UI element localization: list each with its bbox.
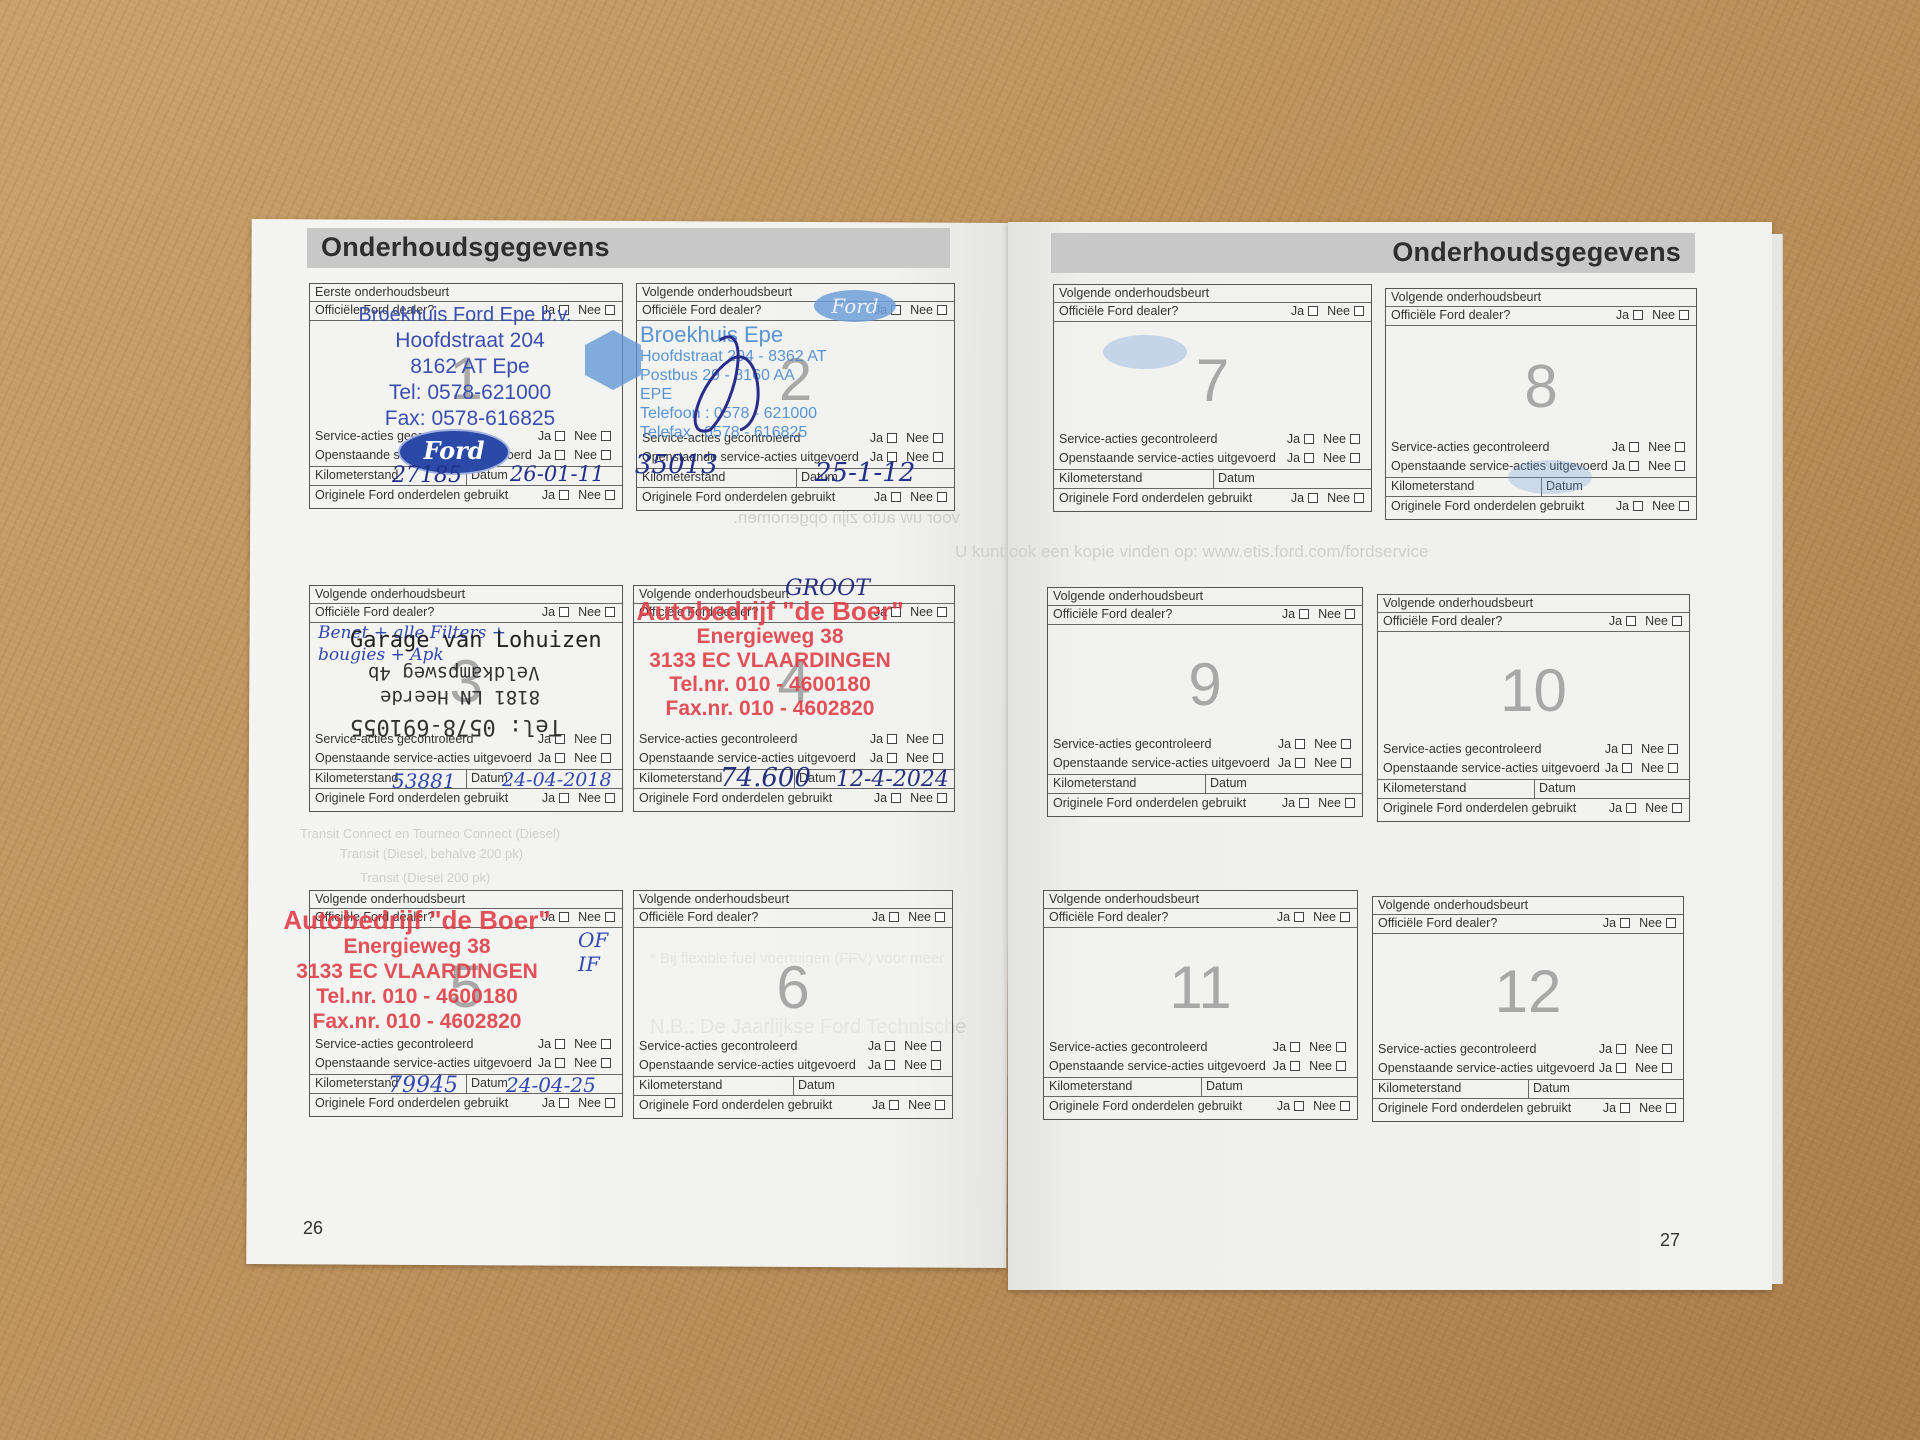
mileage-value: 74.600: [720, 763, 811, 793]
official-dealer-yes-checkbox[interactable]: [1294, 912, 1304, 922]
original-parts-no-checkbox[interactable]: [937, 492, 947, 502]
open-actions-yes-no: Ja Nee: [1599, 1060, 1674, 1076]
original-parts-yes-no: Ja Nee: [1609, 800, 1684, 817]
official-dealer-no-checkbox[interactable]: [1666, 918, 1676, 928]
service-box-12: Volgende onderhoudsbeurt Officiële Ford …: [1372, 896, 1684, 1122]
open-actions-no-checkbox[interactable]: [933, 452, 943, 462]
service-actions-row: Service-acties gecontroleerd Ja Nee: [1049, 1039, 1353, 1055]
open-actions-row: Openstaande service-acties uitgevoerd Ja…: [315, 750, 618, 766]
date-value: 12-4-2024: [836, 767, 949, 792]
date-label: Datum: [1210, 775, 1247, 792]
original-parts-yes-checkbox[interactable]: [1620, 1103, 1630, 1113]
original-parts-no-checkbox[interactable]: [605, 793, 615, 803]
date-label: Datum: [471, 1075, 508, 1092]
original-parts-row: Originele Ford onderdelen gebruikt Ja Ne…: [634, 790, 954, 810]
service-actions-yes-checkbox[interactable]: [555, 431, 565, 441]
service-box-7: Volgende onderhoudsbeurt Officiële Ford …: [1053, 284, 1372, 512]
open-actions-row: Openstaande service-acties uitgevoerd Ja…: [639, 1057, 948, 1073]
service-actions-no-checkbox[interactable]: [1662, 1044, 1672, 1054]
date-value: 24-04-2018: [502, 769, 612, 791]
mileage-value: 35013: [635, 450, 718, 480]
signature-scribble: [680, 320, 800, 440]
open-actions-no-checkbox[interactable]: [933, 753, 943, 763]
original-parts-no-checkbox[interactable]: [1354, 493, 1364, 503]
official-dealer-row: Officiële Ford dealer? Ja Nee: [637, 302, 954, 321]
original-parts-yes-checkbox[interactable]: [1294, 1101, 1304, 1111]
service-type-row: Volgende onderhoudsbeurt: [1373, 897, 1683, 915]
service-box-number: 12: [1373, 957, 1683, 1026]
official-dealer-row: Officiële Ford dealer? Ja Nee: [1386, 307, 1696, 326]
open-actions-no-checkbox[interactable]: [1675, 461, 1685, 471]
service-actions-no-checkbox[interactable]: [931, 1041, 941, 1051]
original-parts-yes-checkbox[interactable]: [559, 1098, 569, 1108]
date-value: 25-1-12: [815, 458, 915, 488]
original-parts-row: Originele Ford onderdelen gebruikt Ja Ne…: [1054, 490, 1371, 510]
original-parts-row: Originele Ford onderdelen gebruikt Ja Ne…: [1378, 800, 1689, 820]
right-page-title: Onderhoudsgegevens: [1392, 237, 1681, 268]
official-dealer-no-checkbox[interactable]: [605, 305, 615, 315]
open-actions-yes-checkbox[interactable]: [555, 753, 565, 763]
official-dealer-no-checkbox[interactable]: [605, 912, 615, 922]
page-stack-edge: [1772, 234, 1783, 1284]
service-box-number: 11: [1044, 953, 1357, 1022]
service-actions-yes-checkbox[interactable]: [1290, 1042, 1300, 1052]
open-actions-no-checkbox[interactable]: [1341, 758, 1351, 768]
open-actions-yes-no: Ja Nee: [538, 750, 613, 766]
official-dealer-yes-checkbox[interactable]: [1633, 310, 1643, 320]
open-actions-no-checkbox[interactable]: [601, 450, 611, 460]
original-parts-yes-no: Ja Nee: [872, 1097, 947, 1114]
service-actions-yes-no: Ja Nee: [870, 430, 945, 446]
original-parts-yes-no: Ja Nee: [1616, 498, 1691, 515]
page-number-right: 27: [1660, 1230, 1680, 1251]
official-dealer-yes-checkbox[interactable]: [1308, 306, 1318, 316]
service-actions-row: Service-acties gecontroleerd Ja Nee: [1378, 1041, 1679, 1057]
service-actions-no-checkbox[interactable]: [601, 431, 611, 441]
service-actions-row: Service-acties gecontroleerd Ja Nee: [1391, 439, 1692, 455]
date-value: 24-04-25: [506, 1073, 596, 1097]
open-actions-yes-no: Ja Nee: [1287, 450, 1362, 466]
open-actions-no-checkbox[interactable]: [601, 1058, 611, 1068]
official-dealer-yes-checkbox[interactable]: [1299, 609, 1309, 619]
original-parts-yes-checkbox[interactable]: [559, 490, 569, 500]
original-parts-row: Originele Ford onderdelen gebruikt Ja Ne…: [1373, 1100, 1683, 1120]
bleed-through-text: Transit (Diesel 200 pk): [360, 870, 490, 885]
service-type-row: Volgende onderhoudsbeurt: [634, 891, 952, 909]
service-box-9: Volgende onderhoudsbeurt Officiële Ford …: [1047, 587, 1363, 817]
date-label: Datum: [1539, 780, 1576, 797]
bleed-through-text: Transit (Diesel, behalve 200 pk): [340, 846, 523, 861]
original-parts-yes-checkbox[interactable]: [1626, 803, 1636, 813]
service-type-row: Volgende onderhoudsbeurt: [637, 284, 954, 302]
original-parts-yes-checkbox[interactable]: [1299, 798, 1309, 808]
official-dealer-yes-checkbox[interactable]: [889, 912, 899, 922]
original-parts-no-checkbox[interactable]: [605, 1098, 615, 1108]
dealer-stamp-de-boer: Autobedrijf "de Boer"Energieweg 383133 E…: [605, 597, 935, 721]
service-box-6: Volgende onderhoudsbeurt Officiële Ford …: [633, 890, 953, 1119]
open-actions-yes-checkbox[interactable]: [1290, 1061, 1300, 1071]
service-actions-yes-checkbox[interactable]: [1616, 1044, 1626, 1054]
official-dealer-row: Officiële Ford dealer? Ja Nee: [1373, 915, 1683, 934]
original-parts-no-checkbox[interactable]: [1666, 1103, 1676, 1113]
original-parts-row: Originele Ford onderdelen gebruikt Ja Ne…: [1044, 1098, 1357, 1118]
official-dealer-row: Officiële Ford dealer? Ja Nee: [634, 909, 952, 928]
service-actions-row: Service-acties gecontroleerd Ja Nee: [1053, 736, 1358, 752]
open-actions-yes-no: Ja Nee: [1612, 458, 1687, 474]
original-parts-no-checkbox[interactable]: [1345, 798, 1355, 808]
open-actions-row: Openstaande service-acties uitgevoerd Ja…: [1378, 1060, 1679, 1076]
open-actions-row: Openstaande service-acties uitgevoerd Ja…: [1059, 450, 1367, 466]
open-actions-yes-no: Ja Nee: [1278, 755, 1353, 771]
original-parts-yes-no: Ja Nee: [542, 1095, 617, 1112]
original-parts-yes-no: Ja Nee: [874, 790, 949, 807]
service-actions-row: Service-acties gecontroleerd Ja Nee: [639, 731, 950, 747]
service-actions-yes-no: Ja Nee: [1599, 1041, 1674, 1057]
left-header-bar: Onderhoudsgegevens: [307, 228, 950, 268]
original-parts-yes-no: Ja Nee: [1603, 1100, 1678, 1117]
original-parts-yes-no: Ja Nee: [1277, 1098, 1352, 1115]
handwritten-note: OF IF: [578, 928, 618, 976]
service-type-row: Volgende onderhoudsbeurt: [310, 586, 622, 604]
official-dealer-row: Officiële Ford dealer? Ja Nee: [1054, 303, 1371, 322]
open-actions-yes-checkbox[interactable]: [1622, 763, 1632, 773]
original-parts-yes-checkbox[interactable]: [1308, 493, 1318, 503]
dealer-stamp-de-boer: Autobedrijf "de Boer"Energieweg 383133 E…: [252, 906, 582, 1034]
official-dealer-yes-no: Ja Nee: [1282, 606, 1357, 623]
stamp-mirror-line: Tel: 0578-691055: [350, 714, 562, 739]
service-actions-yes-checkbox[interactable]: [1629, 442, 1639, 452]
open-actions-yes-checkbox[interactable]: [555, 1058, 565, 1068]
open-actions-yes-no: Ja Nee: [1273, 1058, 1348, 1074]
service-box-number: 9: [1048, 650, 1362, 719]
open-actions-yes-no: Ja Nee: [870, 750, 945, 766]
service-actions-yes-no: Ja Nee: [868, 1038, 943, 1054]
right-header-bar: Onderhoudsgegevens: [1051, 233, 1695, 273]
service-actions-yes-no: Ja Nee: [538, 1036, 613, 1052]
service-actions-no-checkbox[interactable]: [601, 1039, 611, 1049]
open-actions-yes-checkbox[interactable]: [1295, 758, 1305, 768]
bleed-through-text: U kunt ook een kopie vinden op: www.etis…: [955, 542, 1428, 562]
service-actions-row: Service-acties gecontroleerd Ja Nee: [1059, 431, 1367, 447]
original-parts-row: Originele Ford onderdelen gebruikt Ja Ne…: [1386, 498, 1696, 518]
mileage-date-row: Kilometerstand Datum: [1054, 469, 1371, 489]
original-parts-yes-checkbox[interactable]: [1633, 501, 1643, 511]
service-actions-no-checkbox[interactable]: [601, 734, 611, 744]
service-actions-yes-checkbox[interactable]: [887, 734, 897, 744]
bleed-through-text: voor uw auto zijn opgenomen.: [733, 508, 960, 528]
original-parts-no-checkbox[interactable]: [605, 490, 615, 500]
original-parts-yes-no: Ja Nee: [542, 790, 617, 807]
open-actions-yes-no: Ja Nee: [538, 447, 613, 463]
open-actions-yes-no: Ja Nee: [538, 1055, 613, 1071]
mileage-date-row: Kilometerstand Datum: [1378, 779, 1689, 799]
service-box-number: 6: [634, 953, 952, 1022]
original-parts-no-checkbox[interactable]: [937, 793, 947, 803]
mileage-date-row: Kilometerstand Datum: [1373, 1079, 1683, 1099]
official-dealer-yes-no: Ja Nee: [872, 909, 947, 926]
service-actions-yes-no: Ja Nee: [1278, 736, 1353, 752]
official-dealer-row: Officiële Ford dealer? Ja Nee: [310, 604, 622, 623]
open-actions-no-checkbox[interactable]: [931, 1060, 941, 1070]
official-dealer-yes-no: Ja Nee: [1609, 613, 1684, 630]
official-dealer-row: Officiële Ford dealer? Ja Nee: [1044, 909, 1357, 928]
open-actions-yes-checkbox[interactable]: [1304, 453, 1314, 463]
service-actions-yes-checkbox[interactable]: [1622, 744, 1632, 754]
original-parts-yes-no: Ja Nee: [874, 489, 949, 506]
service-actions-yes-checkbox[interactable]: [887, 433, 897, 443]
open-actions-row: Openstaande service-acties uitgevoerd Ja…: [1049, 1058, 1353, 1074]
official-dealer-no-checkbox[interactable]: [937, 607, 947, 617]
service-actions-yes-no: Ja Nee: [1612, 439, 1687, 455]
service-actions-no-checkbox[interactable]: [933, 734, 943, 744]
original-parts-yes-no: Ja Nee: [542, 487, 617, 504]
service-actions-row: Service-acties gecontroleerd Ja Nee: [1383, 741, 1685, 757]
original-parts-no-checkbox[interactable]: [1679, 501, 1689, 511]
open-actions-yes-no: Ja Nee: [868, 1057, 943, 1073]
official-dealer-yes-no: Ja Nee: [1291, 303, 1366, 320]
date-label: Datum: [1206, 1078, 1243, 1095]
official-dealer-no-checkbox[interactable]: [1340, 912, 1350, 922]
open-actions-yes-checkbox[interactable]: [1629, 461, 1639, 471]
service-actions-no-checkbox[interactable]: [933, 433, 943, 443]
service-actions-no-checkbox[interactable]: [1341, 739, 1351, 749]
stamp-mirror-line: 8181 LN Heerde: [380, 686, 540, 708]
date-label: Datum: [1533, 1080, 1570, 1097]
service-box-number: 7: [1054, 346, 1371, 415]
service-actions-yes-checkbox[interactable]: [885, 1041, 895, 1051]
service-type-row: Volgende onderhoudsbeurt: [1054, 285, 1371, 303]
official-dealer-yes-no: Ja Nee: [1603, 915, 1678, 932]
official-dealer-row: Officiële Ford dealer? Ja Nee: [1048, 606, 1362, 625]
original-parts-yes-checkbox[interactable]: [889, 1100, 899, 1110]
service-type-row: Volgende onderhoudsbeurt: [1378, 595, 1689, 613]
original-parts-yes-checkbox[interactable]: [559, 793, 569, 803]
service-box-number: 10: [1378, 656, 1689, 725]
official-dealer-yes-no: Ja Nee: [1616, 307, 1691, 324]
date-label: Datum: [1218, 470, 1255, 487]
service-actions-yes-checkbox[interactable]: [1295, 739, 1305, 749]
original-parts-row: Originele Ford onderdelen gebruikt Ja Ne…: [1048, 795, 1362, 815]
mileage-value: 53881: [392, 769, 456, 793]
open-actions-yes-checkbox[interactable]: [885, 1060, 895, 1070]
official-dealer-yes-checkbox[interactable]: [1626, 616, 1636, 626]
mileage-value: 27185: [392, 463, 462, 488]
open-actions-no-checkbox[interactable]: [1668, 763, 1678, 773]
open-actions-yes-checkbox[interactable]: [887, 753, 897, 763]
original-parts-no-checkbox[interactable]: [1672, 803, 1682, 813]
original-parts-row: Originele Ford onderdelen gebruikt Ja Ne…: [634, 1097, 952, 1117]
mileage-date-row: Kilometerstand Datum: [1044, 1077, 1357, 1097]
official-dealer-no-checkbox[interactable]: [1354, 306, 1364, 316]
date-value: 26-01-11: [510, 462, 604, 486]
original-parts-no-checkbox[interactable]: [935, 1100, 945, 1110]
original-parts-yes-no: Ja Nee: [1291, 490, 1366, 507]
stamp-mirror-line: Veldkampsweg 4b: [368, 662, 540, 684]
official-dealer-no-checkbox[interactable]: [1679, 310, 1689, 320]
service-actions-no-checkbox[interactable]: [1336, 1042, 1346, 1052]
service-actions-no-checkbox[interactable]: [1350, 434, 1360, 444]
service-actions-yes-no: Ja Nee: [1287, 431, 1362, 447]
open-actions-row: Openstaande service-acties uitgevoerd Ja…: [315, 1055, 618, 1071]
official-dealer-no-checkbox[interactable]: [937, 305, 947, 315]
original-parts-yes-checkbox[interactable]: [891, 793, 901, 803]
faded-ford-logo: [1103, 335, 1187, 369]
service-type-row: Volgende onderhoudsbeurt: [1044, 891, 1357, 909]
service-box-11: Volgende onderhoudsbeurt Officiële Ford …: [1043, 890, 1358, 1120]
service-actions-no-checkbox[interactable]: [1675, 442, 1685, 452]
original-parts-row: Originele Ford onderdelen gebruikt Ja Ne…: [310, 790, 622, 810]
official-dealer-yes-no: Ja Nee: [1277, 909, 1352, 926]
mileage-date-row: Kilometerstand Datum: [634, 1076, 952, 1096]
service-box-10: Volgende onderhoudsbeurt Officiële Ford …: [1377, 594, 1690, 822]
open-actions-no-checkbox[interactable]: [1336, 1061, 1346, 1071]
date-label: Datum: [798, 1077, 835, 1094]
service-actions-yes-no: Ja Nee: [870, 731, 945, 747]
original-parts-no-checkbox[interactable]: [1340, 1101, 1350, 1111]
official-dealer-row: Officiële Ford dealer? Ja Nee: [1378, 613, 1689, 632]
left-page-title: Onderhoudsgegevens: [321, 232, 610, 263]
open-actions-no-checkbox[interactable]: [1662, 1063, 1672, 1073]
official-dealer-yes-checkbox[interactable]: [1620, 918, 1630, 928]
open-actions-no-checkbox[interactable]: [1350, 453, 1360, 463]
mileage-value: 79945: [388, 1073, 458, 1098]
service-actions-row: Service-acties gecontroleerd Ja Nee: [639, 1038, 948, 1054]
faded-ford-logo: [1508, 460, 1592, 494]
mileage-date-row: Kilometerstand Datum: [1048, 774, 1362, 794]
official-dealer-no-checkbox[interactable]: [935, 912, 945, 922]
original-parts-yes-checkbox[interactable]: [891, 492, 901, 502]
dealer-stamp-garage-van-lohuizen: Garage van Lohuizen: [350, 628, 602, 653]
ford-logo-stamp: Ford: [814, 290, 896, 322]
open-actions-row: Openstaande service-acties uitgevoerd Ja…: [1383, 760, 1685, 776]
service-box-number: 8: [1386, 352, 1696, 421]
service-type-row: Eerste onderhoudsbeurt: [310, 284, 622, 302]
original-parts-row: Originele Ford onderdelen gebruikt Ja Ne…: [310, 487, 622, 507]
open-actions-row: Openstaande service-acties uitgevoerd Ja…: [1053, 755, 1358, 771]
bleed-through-text: Transit Connect en Tourneo Connect (Dies…: [300, 826, 560, 841]
service-actions-row: Service-acties gecontroleerd Ja Nee: [315, 1036, 618, 1052]
original-parts-yes-no: Ja Nee: [1282, 795, 1357, 812]
service-type-row: Volgende onderhoudsbeurt: [1048, 588, 1362, 606]
service-actions-yes-checkbox[interactable]: [1304, 434, 1314, 444]
open-actions-no-checkbox[interactable]: [601, 753, 611, 763]
service-actions-yes-no: Ja Nee: [1273, 1039, 1348, 1055]
open-actions-yes-checkbox[interactable]: [555, 450, 565, 460]
open-actions-yes-checkbox[interactable]: [1616, 1063, 1626, 1073]
dealer-stamp-broekhuis: Broekhuis Ford Epe b.v.Hoofdstraat 20481…: [345, 302, 595, 432]
official-dealer-no-checkbox[interactable]: [1672, 616, 1682, 626]
official-dealer-no-checkbox[interactable]: [1345, 609, 1355, 619]
service-type-row: Volgende onderhoudsbeurt: [1386, 289, 1696, 307]
service-actions-yes-checkbox[interactable]: [555, 1039, 565, 1049]
official-dealer-yes-checkbox[interactable]: [559, 607, 569, 617]
page-number-left: 26: [303, 1218, 323, 1239]
service-actions-yes-no: Ja Nee: [1605, 741, 1680, 757]
open-actions-yes-no: Ja Nee: [1605, 760, 1680, 776]
service-actions-no-checkbox[interactable]: [1668, 744, 1678, 754]
original-parts-row: Originele Ford onderdelen gebruikt Ja Ne…: [637, 489, 954, 509]
original-parts-row: Originele Ford onderdelen gebruikt Ja Ne…: [310, 1095, 622, 1115]
